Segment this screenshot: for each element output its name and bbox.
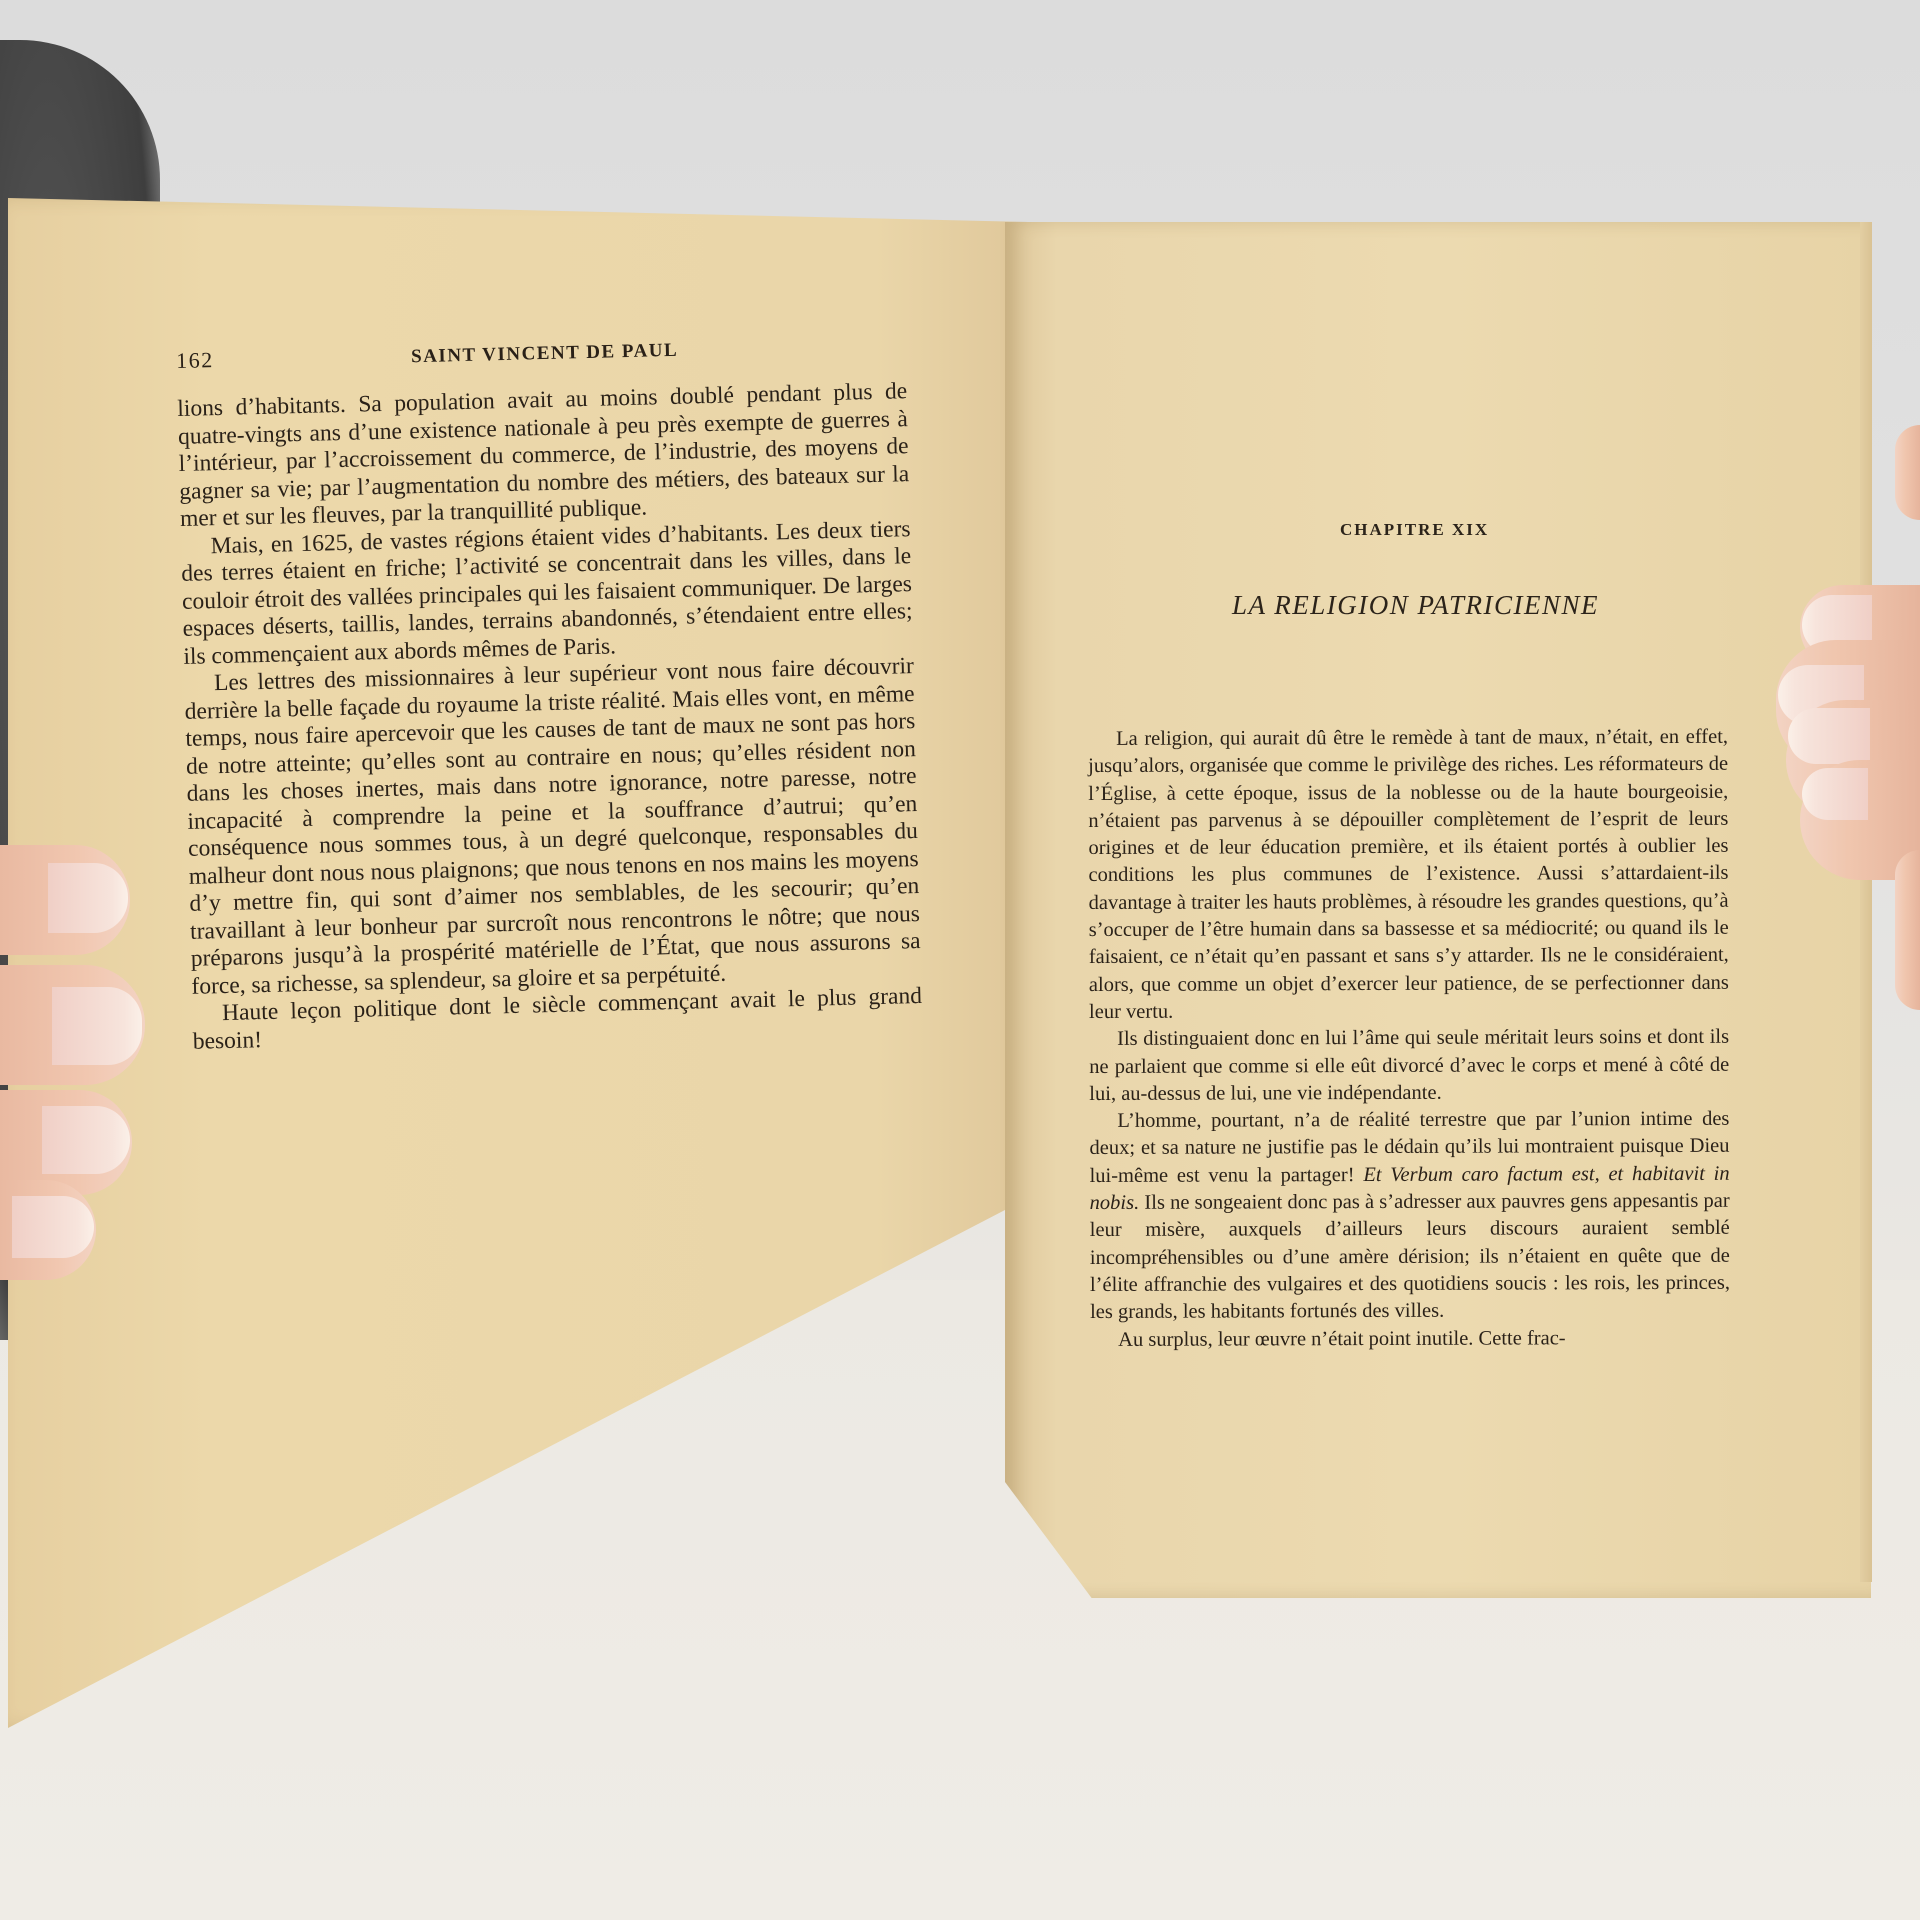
left-page-body: lions d’habitants. Sa population avait a…: [177, 378, 923, 1056]
fingernail: [1788, 708, 1870, 764]
paragraph: Les lettres des missionnaires à leur sup…: [184, 653, 922, 1001]
paragraph: Au surplus, leur œuvre n’était point inu…: [1090, 1324, 1730, 1354]
running-head-title: SAINT VINCENT DE PAUL: [411, 340, 679, 369]
fingernail: [1802, 768, 1868, 820]
paragraph: L’homme, pourtant, n’a de réalité terres…: [1089, 1106, 1730, 1327]
paragraph: Ils distinguaient donc en lui l’âme qui …: [1089, 1024, 1729, 1108]
photo-scene: 162 SAINT VINCENT DE PAUL lions d’habita…: [0, 0, 1920, 1920]
fingernail: [42, 1106, 130, 1174]
paragraph: lions d’habitants. Sa population avait a…: [177, 378, 910, 533]
palm-edge: [1895, 850, 1920, 1010]
fingernail: [48, 863, 128, 933]
page-number: 162: [176, 342, 412, 374]
right-page-content: La religion, qui aurait dû être le remèd…: [1088, 724, 1730, 1354]
finger: [0, 965, 145, 1085]
left-page-content: 162 SAINT VINCENT DE PAUL lions d’habita…: [176, 336, 923, 1056]
right-page-body: La religion, qui aurait dû être le remèd…: [1088, 724, 1730, 1354]
finger: [0, 845, 130, 955]
chapter-title: LA RELIGION PATRICIENNE: [1232, 590, 1599, 621]
fingernail: [12, 1196, 94, 1258]
paragraph: La religion, qui aurait dû être le remèd…: [1088, 724, 1729, 1026]
fingernail: [52, 987, 142, 1065]
finger: [1895, 425, 1920, 520]
page-edges: [1860, 222, 1872, 1582]
paragraph: Mais, en 1625, de vastes régions étaient…: [180, 516, 913, 671]
chapter-label: CHAPITRE XIX: [1340, 520, 1489, 540]
paragraph-text: Ils ne songeaient donc pas à s’adresser …: [1090, 1190, 1730, 1323]
finger: [0, 1180, 96, 1280]
